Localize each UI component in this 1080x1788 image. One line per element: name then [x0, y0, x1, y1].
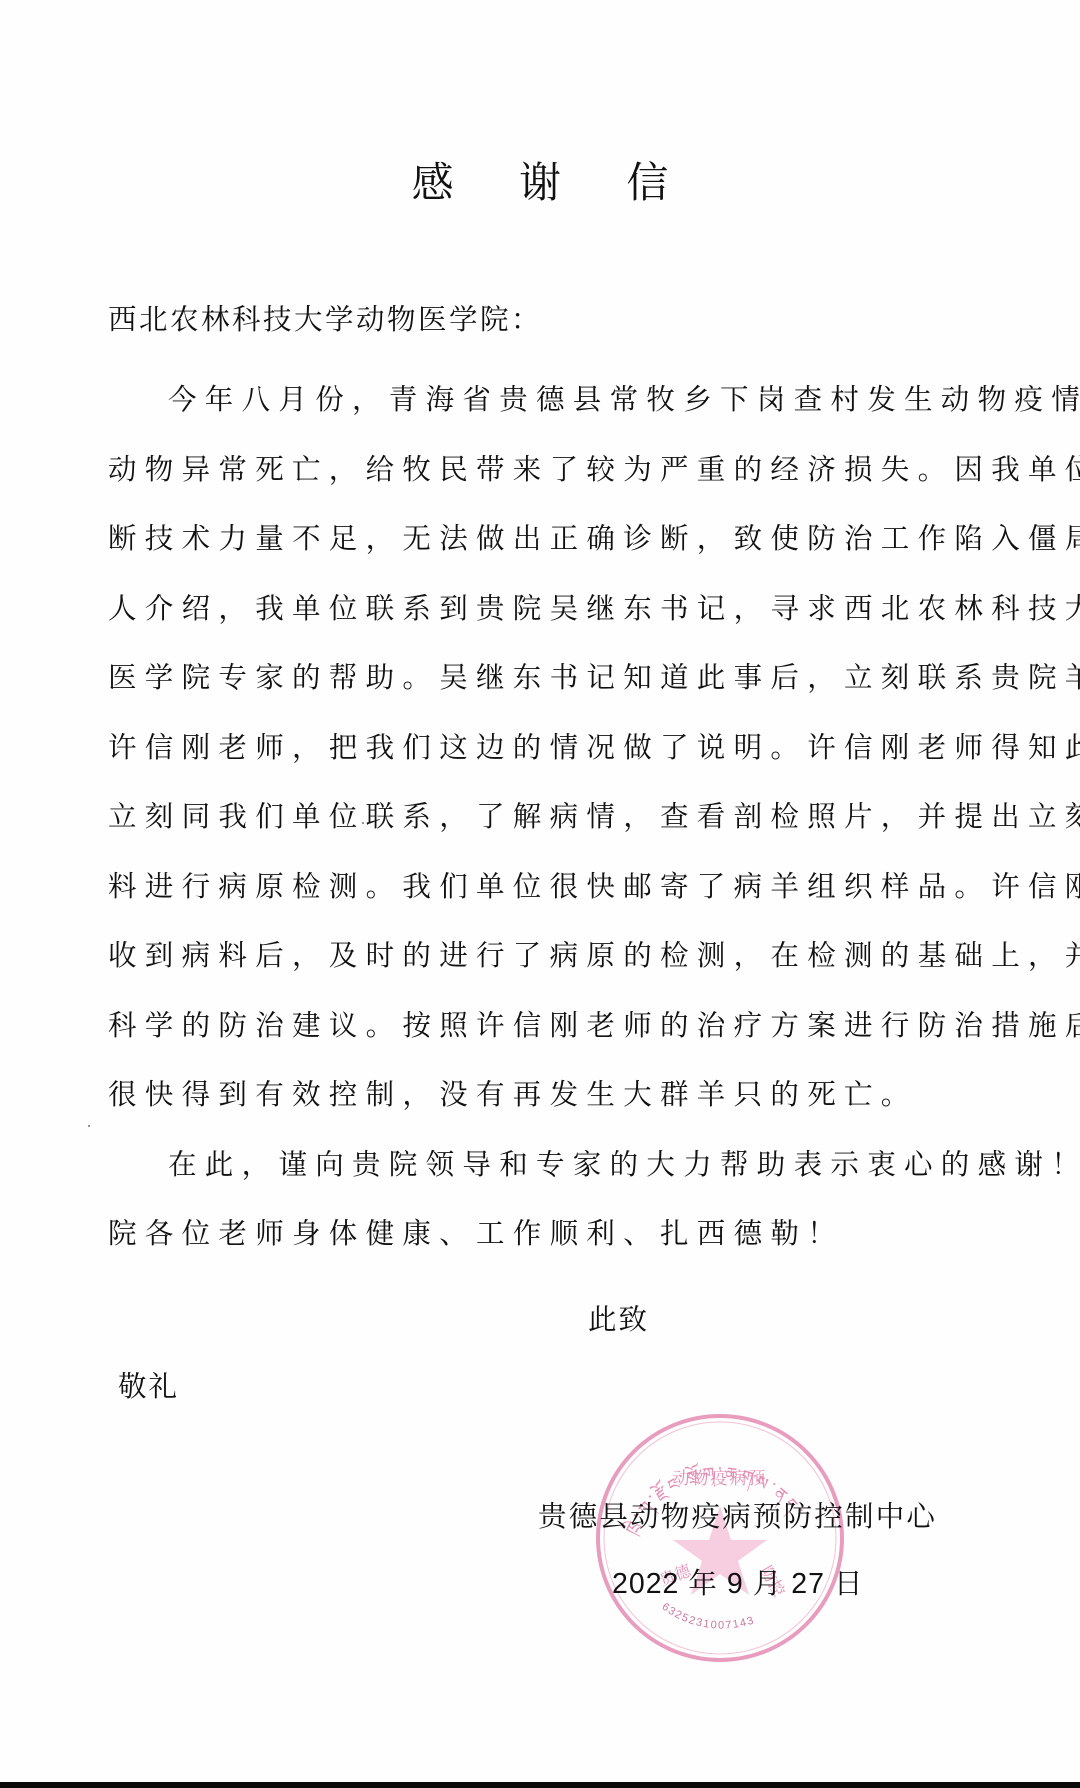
date-year-unit: 年	[688, 1568, 718, 1600]
body-line: 许信刚老师，把我们这边的情况做了说明。许信刚老师得知此事后，	[108, 713, 1001, 783]
body-line: 收到病料后，及时的进行了病原的检测，在检测的基础上，并提出了	[108, 921, 1001, 991]
scan-bottom-edge	[0, 1782, 1080, 1788]
body-line: 今年八月份，青海省贵德县常牧乡下岗查村发生动物疫情，造成	[108, 365, 1001, 435]
seal-inner-text: 动物疫病预	[673, 1469, 768, 1489]
signature-date: 2022年9月27日	[612, 1564, 873, 1604]
body-line: 动物异常死亡，给牧民带来了较为严重的经济损失。因我单位疫病诊	[108, 435, 1001, 505]
svg-text:6325231007143: 6325231007143	[660, 1601, 757, 1632]
official-seal-icon: ཁྲི་ཀ་རྫོང་སྲོག་ཆགས་ནད་ 动物疫病预 贵德 防控 6325…	[592, 1410, 848, 1666]
letter-body: 今年八月份，青海省贵德县常牧乡下岗查村发生动物疫情，造成 动物异常死亡，给牧民带…	[108, 365, 1001, 1269]
date-year: 2022	[612, 1568, 679, 1600]
body-line: 断技术力量不足，无法做出正确诊断，致使防治工作陷入僵局。后经	[108, 504, 1001, 574]
body-line: 很快得到有效控制，没有再发生大群羊只的死亡。	[108, 1060, 1001, 1130]
letter-title: 感 谢 信	[0, 155, 1080, 211]
closing-jingli: 敬礼	[118, 1367, 179, 1407]
scan-speck	[362, 822, 364, 824]
letter-page: 感 谢 信 西北农林科技大学动物医学院： 今年八月份，青海省贵德县常牧乡下岗查村…	[0, 0, 1080, 1782]
date-month: 9	[727, 1568, 744, 1600]
body-line: 科学的防治建议。按照许信刚老师的治疗方案进行防治措施后，疫情	[108, 991, 1001, 1061]
body-line: 院各位老师身体健康、工作顺利、扎西德勒！	[108, 1199, 1001, 1269]
body-line: 立刻同我们单位联系，了解病情，查看剖检照片，并提出立刻邮寄病	[108, 782, 1001, 852]
body-line: 料进行病原检测。我们单位很快邮寄了病羊组织样品。许信刚老师在	[108, 852, 1001, 922]
body-line: 医学院专家的帮助。吴继东书记知道此事后，立刻联系贵院羊病专家	[108, 643, 1001, 713]
salutation: 西北农林科技大学动物医学院：	[108, 300, 542, 340]
date-day-unit: 日	[834, 1568, 864, 1600]
seal-serial: 6325231007143	[660, 1601, 757, 1632]
signature-organization: 贵德县动物疫病预防控制中心	[538, 1497, 937, 1537]
closing-cizhi: 此致	[588, 1300, 649, 1340]
date-month-unit: 月	[753, 1568, 783, 1600]
date-day: 27	[791, 1568, 825, 1600]
body-line: 在此，谨向贵院领导和专家的大力帮助表示衷心的感谢！祝愿贵	[108, 1130, 1001, 1200]
body-line: 人介绍，我单位联系到贵院吴继东书记，寻求西北农林科技大学动物	[108, 574, 1001, 644]
scan-speck	[88, 1125, 90, 1127]
